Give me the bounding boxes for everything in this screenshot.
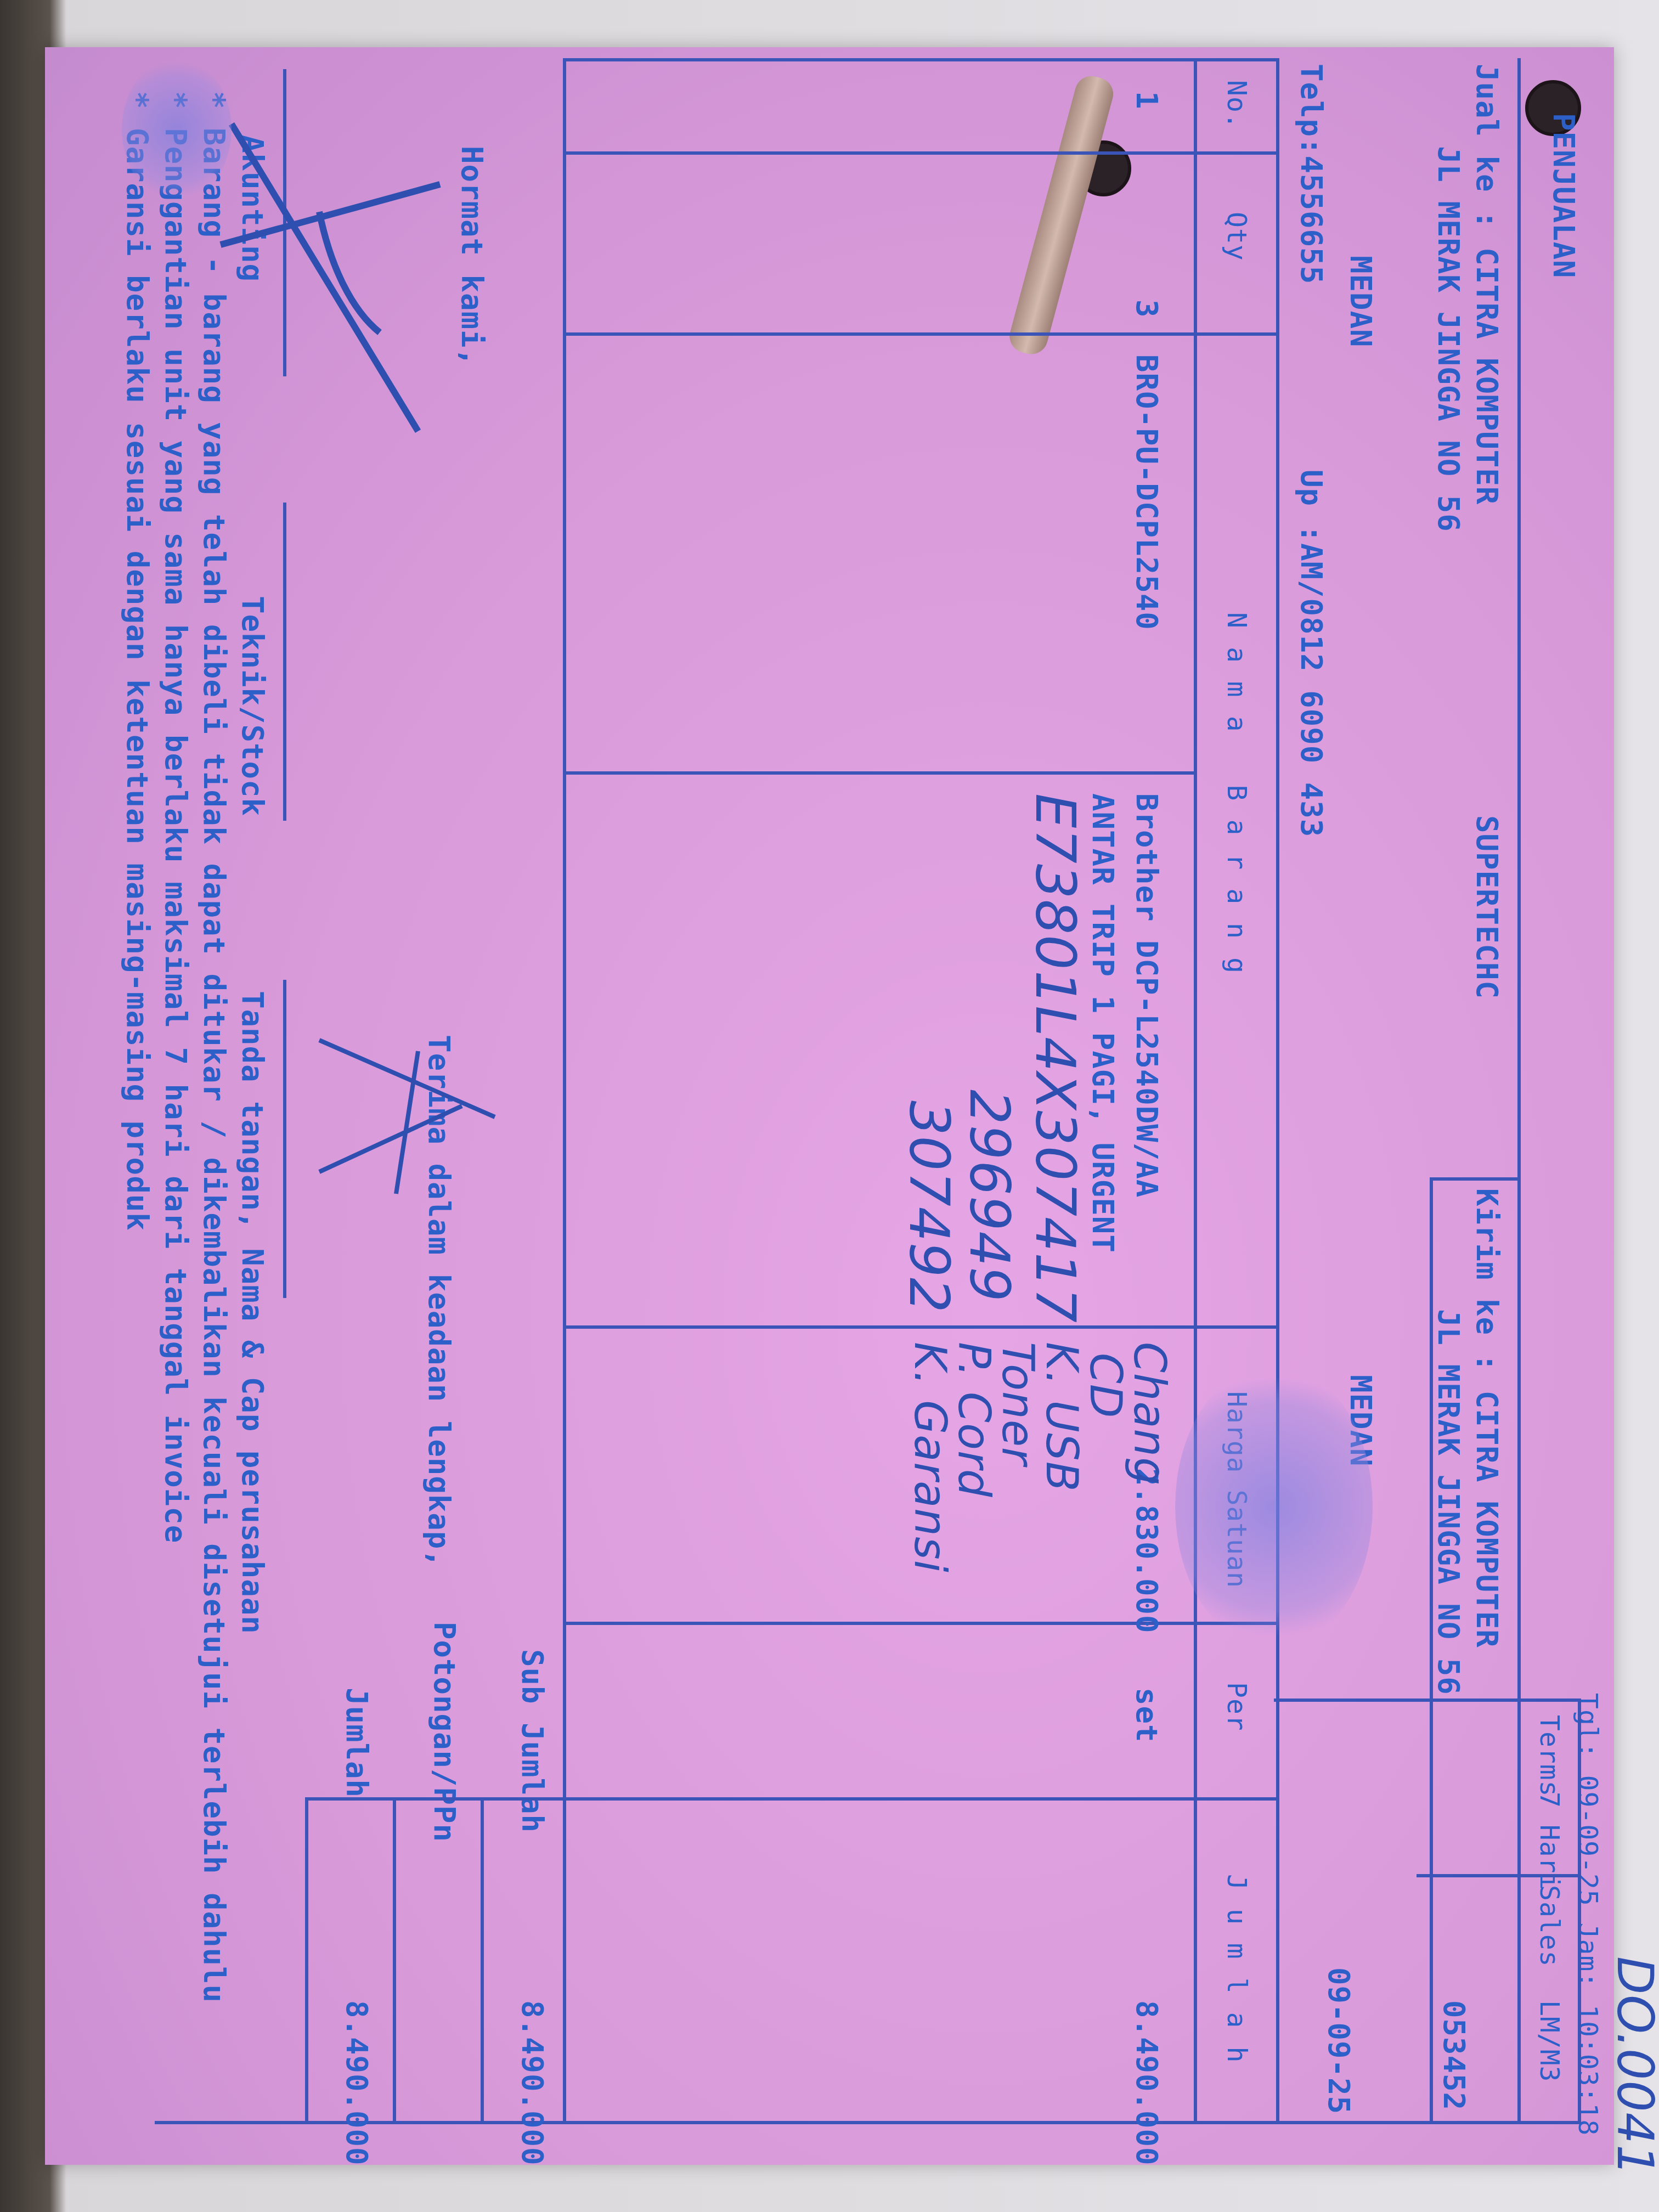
handwritten-serial: 307492 <box>897 1101 961 1313</box>
timestamp: Tgl: 09-09-25 Jam: 10:03:18 <box>1572 1693 1603 2136</box>
checklist-item: Toner <box>992 1342 1043 1466</box>
header-item: Nama Barang <box>1221 612 1252 992</box>
row-note: ANTAR TRIP 1 PAGI, URGENT <box>1086 793 1120 1253</box>
meta-row-divider <box>1517 1699 1521 2121</box>
col-divider-qty <box>566 332 1279 336</box>
photo-background: PENJUALAN Tgl: 09-09-25 Jam: 10:03:18 DO… <box>0 0 1659 2212</box>
signature-label: Tanda tangan, Nama & Cap perusahaan <box>235 991 270 1634</box>
seller-line: Jual ke : CITRA KOMPUTER <box>1470 64 1504 505</box>
checklist-item: Chang <box>1124 1342 1175 1486</box>
row-no: 1 <box>1130 91 1164 110</box>
totals-box-bottom <box>305 1797 308 2121</box>
ship-to-line: Kirim ke : CITRA KOMPUTER <box>1470 1188 1504 1648</box>
signature-scribble-icon <box>188 102 462 486</box>
discount-label: Potongan/PPn <box>427 1622 462 1842</box>
meta-box-left <box>1274 1699 1581 1702</box>
contact-person: Up :AM/0812 6090 433 <box>1294 470 1329 837</box>
col-divider-item <box>566 1325 1279 1329</box>
col-divider-price <box>566 1622 1279 1625</box>
seller-city: MEDAN <box>1344 256 1378 348</box>
totals-divider-2 <box>393 1797 396 2121</box>
invoice-paper: PENJUALAN Tgl: 09-09-25 Jam: 10:03:18 DO… <box>45 47 1614 2165</box>
header-qty: Qty <box>1221 212 1252 261</box>
seller-phone: Telp:4556655 <box>1294 64 1329 284</box>
table-top <box>1276 58 1279 2121</box>
checklist-item: K. Garansi <box>905 1342 956 1573</box>
invoice-number: 053452 <box>1437 2000 1471 2111</box>
kirim-divider <box>1433 1177 1521 1181</box>
totals-box-left <box>308 1797 566 1801</box>
col-divider-unit <box>566 1797 1279 1801</box>
handwritten-serial: 296949 <box>957 1090 1022 1302</box>
tech-stock-label: Teknik/Stock <box>235 596 270 816</box>
row-qty: 3 <box>1130 300 1164 318</box>
checklist-item: K. USB <box>1036 1342 1087 1492</box>
received-signature-icon <box>297 1007 528 1227</box>
frame-top <box>1517 58 1521 1699</box>
header-unit: Per <box>1221 1682 1252 1731</box>
row-code: BRO-PU-DCPL2540 <box>1130 354 1164 630</box>
subtotal-value: 8.490.000 <box>515 2000 550 2166</box>
footer-note: * Garansi berlaku sesuai dengan ketentua… <box>120 91 155 1231</box>
total-label: Jumlah <box>340 1688 374 1798</box>
terms-value: 7 Hari <box>1534 1792 1565 1890</box>
total-value: 8.490.000 <box>340 2000 374 2166</box>
totals-divider-1 <box>481 1797 484 2121</box>
ink-stamp <box>1175 1364 1373 1649</box>
sales-value: LM/M3 <box>1534 2000 1565 2083</box>
frame-left <box>566 58 1279 61</box>
ink-stamp <box>122 58 232 201</box>
checklist-item: CD <box>1080 1353 1131 1418</box>
subtotal-label: Sub Jumlah <box>515 1649 550 1833</box>
handwritten-serial: E73801L4X307417 <box>1023 793 1087 1323</box>
row-unit: set <box>1130 1688 1164 1743</box>
meta-box-top <box>1578 1699 1581 2121</box>
row-total: 8.490.000 <box>1130 2000 1164 2166</box>
row-unit-price: 2.830.000 <box>1130 1468 1164 1634</box>
terms-label: Terms <box>1534 1715 1565 1797</box>
shipto-bottom <box>1430 1177 1433 2121</box>
handwritten-do-number: DO.0041 <box>1606 1956 1659 2176</box>
sales-label: Sales <box>1534 1885 1565 1967</box>
due-date: 09-09-25 <box>1322 1967 1356 2114</box>
header-no: No. <box>1221 80 1252 129</box>
checklist-item: P. Cord <box>949 1342 1000 1498</box>
table-bottom <box>563 58 566 2121</box>
header-total: Jumlah <box>1221 1874 1252 2081</box>
signature-line-stock <box>283 503 286 821</box>
table-header-bottom <box>1194 58 1197 2121</box>
ship-to-address: JL MERAK JINGGA NO 56 <box>1431 1309 1466 1695</box>
row-name: Brother DCP-L2540DW/AA <box>1130 793 1164 1198</box>
seller-address: JL MERAK JINGGA NO 56 <box>1431 146 1466 532</box>
binder-rod <box>1006 72 1117 358</box>
col-divider-no <box>566 151 1279 155</box>
seller-company: SUPERTECHC <box>1470 815 1504 999</box>
document-title: PENJUALAN <box>1547 113 1581 279</box>
signature-line-customer <box>283 980 286 1298</box>
col-divider-mid <box>566 771 1197 775</box>
